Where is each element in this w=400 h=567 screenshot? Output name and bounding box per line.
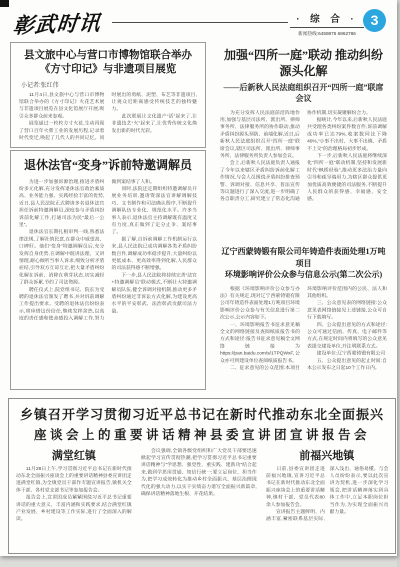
section-label: · 综 合 · xyxy=(290,11,364,25)
notice-body: 根据《环境影响评价公众参与办法》有关规定,现对辽宁西蒙铸锻有限公司年铸造件表面处… xyxy=(220,285,387,397)
page-bottom-edge xyxy=(0,556,400,567)
article-eia-notice: 辽宁西蒙铸锻有限公司年铸造件表面处理1万吨项目 环境影响评价公众参与信息公示(第… xyxy=(212,244,395,390)
township-right-column: 前福兴地镇 日前,县委宣讲团走进前福兴地镇,宣讲习近平总书记在新时代推动东北全面… xyxy=(266,447,388,555)
article-culture-exhibition: 县文旅中心与营口市博物馆联合举办 《方寸印记》与非遗项目展览 小记者:张红伟 1… xyxy=(10,42,206,148)
notice-title-line2: 环境影响评价公众参与信息公示(第二次公示) xyxy=(220,269,387,281)
article-body: 11月4日,县文旅中心与营口市博物馆联合举办的《方寸印记》火花艺术展与非遗项目展… xyxy=(19,91,197,147)
news-hotline: 新闻热线:6459875 6862786 xyxy=(296,30,359,37)
article-retired-judges: 退休法官“变身”诉前特邀调解员 为进一步加强诉源治理,推进矛盾纠纷多元化解,充分… xyxy=(10,150,206,390)
header-rule xyxy=(112,22,288,23)
newspaper-page: 彰武时讯 · 综 合 · 新闻热线:6459875 6862786 3 县文旅中… xyxy=(0,0,397,556)
township-columns: 满堂红镇 11月28日上午,学习贯彻习近平总书记在新时代推动东北全面振兴座谈会上… xyxy=(16,447,388,555)
township-left-body: 11月28日上午,学习贯彻习近平总书记在新时代推动东北全面振兴座谈会上的重要讲话… xyxy=(16,465,132,557)
article-court-meeting: 加强“四所一庭”联动 推动纠纷源头化解 ——后新秋人民法庭组织召开“四所一庭”联… xyxy=(212,46,395,240)
article-title-line1: 县文旅中心与营口市博物馆联合举办 xyxy=(19,49,197,63)
township-middle-column: 会议强调,全镇各级党组织和广大党员干部要迅速掀起学习宣传贯彻热潮,把学习贯彻习近… xyxy=(141,447,257,555)
article-title-line2: 《方寸印记》与非遗项目展览 xyxy=(19,63,197,77)
article-body: 为进一步加强诉源治理,推进矛盾纠纷多元化解,充分发挥退休法官政治素质高、业务能力… xyxy=(19,178,197,380)
section-rule xyxy=(290,27,364,28)
article-byline: 小记者:张红伟 xyxy=(21,80,197,89)
banner-title-line2: 座谈会上的重要讲话精神县委宣讲团宣讲报告会 xyxy=(16,425,388,443)
masthead-logo: 彰武时讯 xyxy=(11,6,124,40)
scanned-newspaper-background: 彰武时讯 · 综 合 · 新闻热线:6459875 6862786 3 县文旅中… xyxy=(0,0,400,567)
township-left-column: 满堂红镇 11月28日上午,学习贯彻习近平总书记在新时代推动东北全面振兴座谈会上… xyxy=(16,447,132,555)
banner-title-line1: 乡镇召开学习贯彻习近平总书记在新时代推动东北全面振兴 xyxy=(16,404,388,423)
scan-artifact-corner xyxy=(0,0,9,7)
article-title: 退休法官“变身”诉前特邀调解员 xyxy=(19,158,197,174)
notice-title-line1: 辽宁西蒙铸锻有限公司年铸造件表面处理1万吨项目 xyxy=(220,246,387,269)
header-section-block: · 综 合 · 新闻热线:6459875 6862786 xyxy=(290,11,364,38)
article-subtitle: ——后新秋人民法庭组织召开“四所一庭”联席会议 xyxy=(220,82,387,104)
township-right-body: 日前,县委宣讲团走进前福兴地镇,宣讲习近平总书记在新时代推动东北全面振兴座谈会上… xyxy=(266,465,388,557)
page-number-badge: 3 xyxy=(363,9,386,32)
township-middle-body: 会议强调,全镇各级党组织和广大党员干部要迅速掀起学习宣传贯彻热潮,把学习贯彻习近… xyxy=(141,447,257,555)
section-township-reports: 乡镇召开学习贯彻习近平总书记在新时代推动东北全面振兴 座谈会上的重要讲话精神县委… xyxy=(8,398,396,554)
township-right-title: 前福兴地镇 xyxy=(266,447,388,463)
township-left-title: 满堂红镇 xyxy=(16,447,132,463)
article-body: 为充分发挥人民法庭前沿阵地作用,加强与基层司法所、派出所、律师事务所、法律服务所… xyxy=(220,109,387,259)
article-title: 加强“四所一庭”联动 推动纠纷源头化解 xyxy=(220,48,387,79)
